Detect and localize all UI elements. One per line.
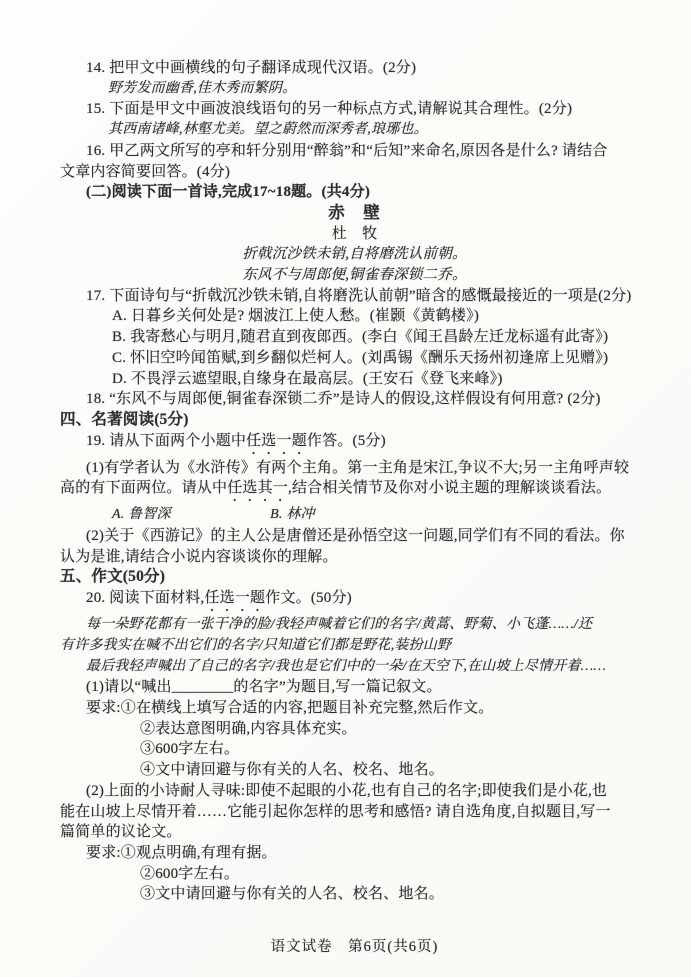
question-20-sub2-cont2: 篇简单的议论文。 [60, 822, 649, 843]
question-17-option-d: D. 不畏浮云遮望眼,自缘身在最高层。(王安石《登飞来峰》) [112, 369, 649, 390]
question-14: 14. 把甲文中画横线的句子翻译成现代汉语。(2分) [86, 58, 649, 79]
question-15: 15. 下面是甲文中画波浪线语句的另一种标点方式,请解说其合理性。(2分) [86, 99, 649, 120]
question-16: 16. 甲乙两文所写的亭和轩分别用“醉翁”和“后知”来命名,原因各是什么? 请结… [86, 141, 649, 162]
question-16-cont: 文章内容简要回答。(4分) [60, 162, 649, 183]
poem-line-2: 东风不与周郎便,铜雀春深锁二乔。 [60, 265, 649, 286]
part2-heading: (二)阅读下面一首诗,完成17~18题。(共4分) [86, 182, 649, 203]
material-poem-3: 最后我轻声喊出了自己的名字/我也是它们中的一朵/在天空下,在山坡上尽情开着…… [86, 657, 649, 678]
question-14-quote: 野芳发而幽香,佳木秀而繁阴。 [108, 79, 649, 100]
question-20-sub2: (2)上面的小诗耐人寻味:即使不起眼的小花,也有自己的名字;即使我们是小花,也 [86, 781, 649, 802]
question-18: 18. “东风不与周郎便,铜雀春深锁二乔”是诗人的假设,这样假设有何用意? (2… [86, 389, 649, 410]
question-19-sub2: (2)关于《西游记》的主人公是唐僧还是孙悟空这一问题,同学们有不同的看法。你 [86, 526, 649, 547]
text-segment: 20. 阅读下面材料, [86, 590, 204, 606]
text-segment: ,结合相关情节及你对小说主题的理解谈谈看法。 [288, 480, 611, 496]
question-20-sub2-req3: ③文中请回避与你有关的人名、校名、地名。 [140, 884, 649, 905]
question-20-sub1-req2: ②表达意图明确,内容具体充实。 [140, 719, 649, 740]
exam-paper-page: 14. 把甲文中画横线的句子翻译成现代汉语。(2分)野芳发而幽香,佳木秀而繁阴。… [0, 0, 691, 977]
question-19-sub1: (1)有学者认为《水浒传》有两个主角。第一主角是宋江,争议不大;另一主角呼声较 [86, 458, 649, 479]
material-poem-1: 每一朵野花都有一张干净的脸/我轻声喊着它们的名字/黄蒿、野菊、小飞蓬……/还 [86, 615, 649, 636]
question-20: 20. 阅读下面材料,任选一题作文。(50分) [86, 588, 649, 615]
emphasis-text: 任选其一 [227, 480, 288, 496]
question-19: 19. 请从下面两个小题中任选一题作答。(5分) [86, 431, 649, 458]
question-20-sub2-req2: ②600字左右。 [140, 864, 649, 885]
question-17-option-a: A. 日暮乡关何处是? 烟波江上使人愁。(崔颢《黄鹤楼》) [112, 306, 649, 327]
question-17: 17. 下面诗句与“折戟沉沙铁未销,自将磨洗认前朝”暗含的感慨最接近的一项是(2… [86, 286, 649, 307]
section-4-heading: 四、名著阅读(5分) [60, 410, 649, 431]
question-19-sub1-cont: 高的有下面两位。请从中任选其一,结合相关情节及你对小说主题的理解谈谈看法。 [60, 478, 649, 505]
question-20-sub1-req1: 要求:①在横线上填写合适的内容,把题目补充完整,然后作文。 [86, 698, 649, 719]
material-poem-2: 有许多我实在喊不出它们的名字/只知道它们都是野花,装扮山野 [60, 636, 649, 657]
exam-lines: 14. 把甲文中画横线的句子翻译成现代汉语。(2分)野芳发而幽香,佳木秀而繁阴。… [60, 58, 649, 905]
emphasis-text: 任选一题 [246, 433, 307, 449]
question-19-choices: A. 鲁智深 B. 林冲 [112, 505, 649, 526]
page-footer: 语文试卷 第6页(共6页) [60, 935, 649, 956]
section-5-heading: 五、作文(50分) [60, 567, 649, 588]
question-19-sub2-cont: 认为是谁,请结合小说内容谈谈你的理解。 [60, 547, 649, 568]
question-17-option-b: B. 我寄愁心与明月,随君直到夜郎西。(李白《闻王昌龄左迁龙标遥有此寄》) [112, 327, 649, 348]
text-segment: 高的有下面两位。请从中 [60, 480, 227, 496]
poem-line-1: 折戟沉沙铁未销,自将磨洗认前朝。 [60, 244, 649, 265]
question-20-sub1: (1)请以“喊出________的名字”为题目,写一篇记叙文。 [86, 677, 649, 698]
emphasis-text: 任选一题 [204, 590, 265, 606]
poem-author: 杜 牧 [60, 224, 649, 245]
question-20-sub2-cont1: 能在山坡上尽情开着……它能引起你怎样的思考和感悟? 请自选角度,自拟题目,写一 [60, 802, 649, 823]
text-segment: 19. 请从下面两个小题中 [86, 433, 246, 449]
question-17-option-c: C. 怀旧空吟闻笛赋,到乡翻似烂柯人。(刘禹锡《酬乐天扬州初逢席上见赠》) [112, 348, 649, 369]
text-segment: 作文。(50分) [265, 590, 352, 606]
question-20-sub1-req4: ④文中请回避与你有关的人名、校名、地名。 [140, 760, 649, 781]
text-segment: 作答。(5分) [307, 433, 386, 449]
question-15-quote: 其西南诸峰,林壑尤美。望之蔚然而深秀者,琅琊也。 [108, 120, 649, 141]
question-20-sub1-req3: ③600字左右。 [140, 739, 649, 760]
poem-title: 赤 壁 [60, 203, 649, 224]
question-20-sub2-req1: 要求:①观点明确,有理有据。 [86, 843, 649, 864]
